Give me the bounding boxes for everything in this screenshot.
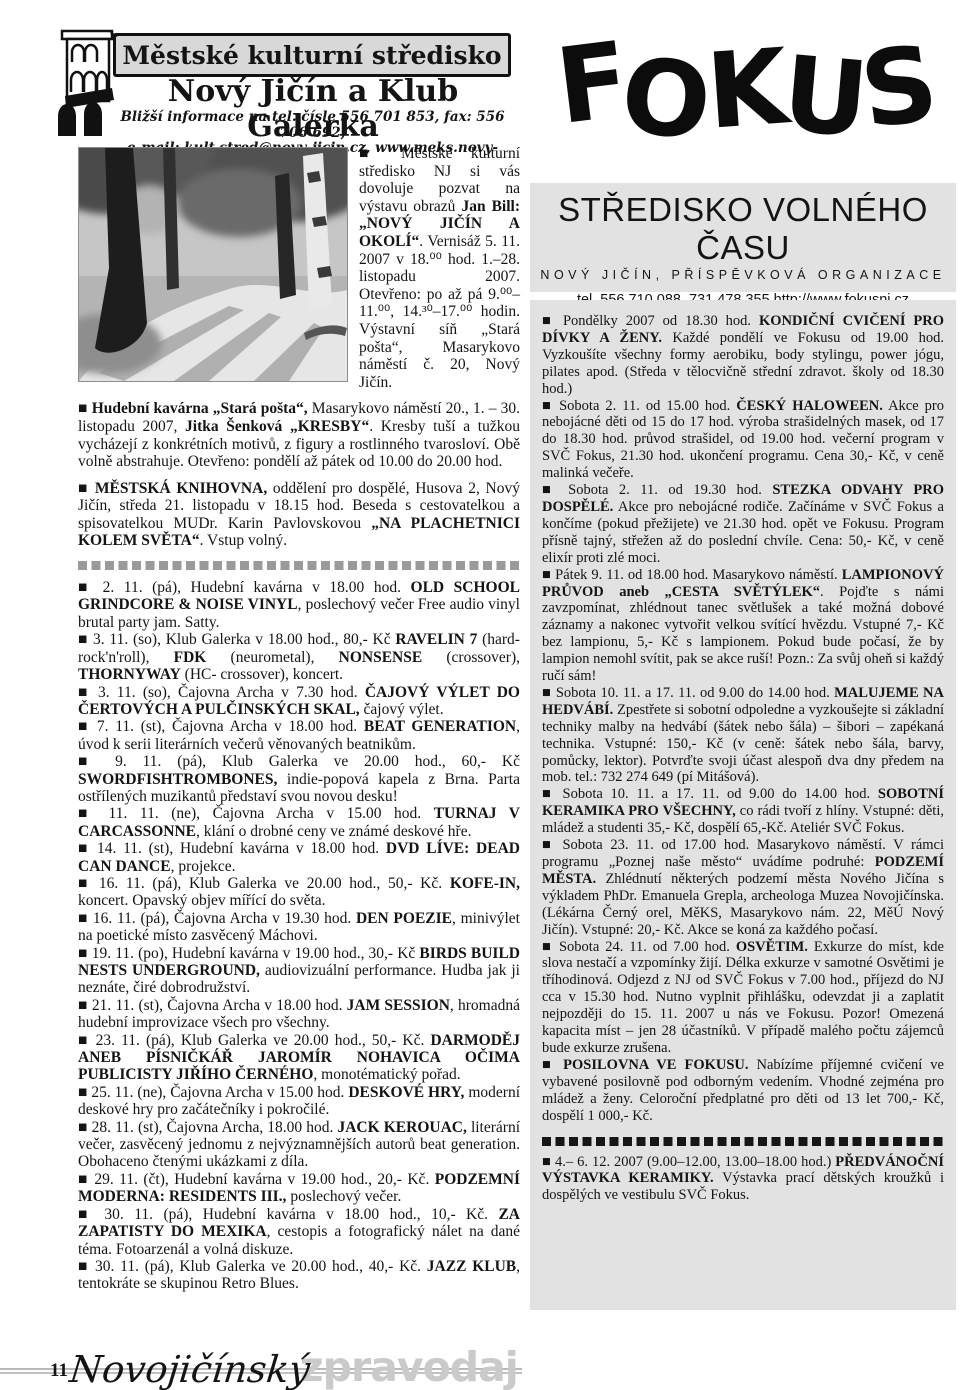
event-item: ■ 7. 11. (st), Čajovna Archa v 18.00 hod…	[78, 718, 520, 753]
event-item: ■ 30. 11. (pá), Hudební kavárna v 18.00 …	[78, 1206, 520, 1258]
event-item: ■ 14. 11. (st), Hudební kavárna v 18.00 …	[78, 840, 520, 875]
event-item: ■ 21. 11. (st), Čajovna Archa v 18.00 ho…	[78, 997, 520, 1032]
svc-subtitle: NOVÝ JIČÍN, PŘÍSPĚVKOVÁ ORGANIZACE	[530, 268, 956, 282]
tower-logo-icon	[52, 26, 124, 138]
svc-title: STŘEDISKO VOLNÉHO ČASU	[530, 191, 956, 267]
masthead-title-bar: Městské kulturní středisko	[113, 33, 511, 77]
event-item: ■ 16. 11. (pá), Klub Galerka ve 20.00 ho…	[78, 875, 520, 910]
squares-divider	[542, 1137, 944, 1146]
event-item: ■ Sobota 10. 11. a 17. 11. od 9.00 do 14…	[542, 685, 944, 786]
masthead-bar-title: Městské kulturní středisko	[122, 41, 501, 70]
galerka-events-list: ■ 2. 11. (pá), Hudební kavárna v 18.00 h…	[78, 579, 520, 1293]
event-item: ■ 30. 11. (pá), Klub Galerka ve 20.00 ho…	[78, 1258, 520, 1293]
fokus-letter: K	[704, 34, 792, 143]
fokus-logo: F O K U S	[545, 4, 950, 174]
event-item: ■ 28. 11. (st), Čajovna Archa, 18.00 hod…	[78, 1119, 520, 1171]
event-item: ■ Hudební kavárna „Stará pošta“, Masaryk…	[78, 400, 520, 470]
event-item: ■ Sobota 2. 11. od 19.30 hod. STEZKA ODV…	[542, 482, 944, 567]
event-item: ■ 2. 11. (pá), Hudební kavárna v 18.00 h…	[78, 579, 520, 631]
footer: 11 Novojičínský zpravodaj	[50, 1336, 518, 1388]
event-item: ■ 3. 11. (so), Klub Galerka v 18.00 hod.…	[78, 631, 520, 683]
event-item: ■ 29. 11. (čt), Hudební kavárna v 19.00 …	[78, 1171, 520, 1206]
event-item: ■ 25. 11. (ne), Čajovna Archa v 15.00 ho…	[78, 1084, 520, 1119]
newsletter-page: Městské kulturní středisko Nový Jičín a …	[0, 0, 960, 1390]
masthead-info-line1: Bližší informace na tel. čísle 556 701 8…	[110, 110, 515, 141]
event-item: ■ POSILOVNA VE FOKUSU. Nabízíme příjemné…	[542, 1057, 944, 1125]
event-item: ■ Sobota 23. 11. od 17.00 hod. Masarykov…	[542, 837, 944, 938]
svc-program-panel: ■ Pondělky 2007 od 18.30 hod. KONDIČNÍ C…	[530, 300, 956, 1310]
event-item: ■ 11. 11. (ne), Čajovna Archa v 15.00 ho…	[78, 805, 520, 840]
event-item: ■ 16. 11. (pá), Čajovna Archa v 19.30 ho…	[78, 910, 520, 945]
event-item: ■ Pátek 9. 11. od 18.00 hod. Masarykovo …	[542, 567, 944, 685]
fokus-letter: S	[855, 30, 944, 143]
event-item: ■ 19. 11. (po), Hudební kavárna v 19.00 …	[78, 945, 520, 997]
fokus-letter: O	[617, 43, 716, 156]
squares-divider	[78, 561, 520, 570]
event-item: ■ Sobota 24. 11. od 7.00 hod. OSVĚTIM. E…	[542, 939, 944, 1057]
page-number: 11	[50, 1360, 68, 1388]
event-item: ■ 4.– 6. 12. 2007 (9.00–12.00, 13.00–18.…	[542, 1154, 944, 1205]
event-item: ■ 3. 11. (so), Čajovna Archa v 7.30 hod.…	[78, 684, 520, 719]
event-item: ■ Sobota 10. 11. a 17. 11. od 9.00 do 14…	[542, 786, 944, 837]
event-item: ■ Sobota 2. 11. od 15.00 hod. ČESKÝ HALO…	[542, 398, 944, 483]
event-item: ■ Pondělky 2007 od 18.30 hod. KONDIČNÍ C…	[542, 313, 944, 398]
event-item: ■ 23. 11. (pá), Klub Galerka ve 20.00 ho…	[78, 1032, 520, 1084]
magazine-name-script: Novojičínský	[68, 1351, 312, 1388]
event-item: ■ 9. 11. (pá), Klub Galerka ve 20.00 hod…	[78, 753, 520, 805]
magazine-name-block: zpravodaj	[300, 1347, 518, 1388]
svc-header-box: STŘEDISKO VOLNÉHO ČASU NOVÝ JIČÍN, PŘÍSP…	[530, 183, 956, 292]
exhibitions-section: ■ Městské kulturní středisko NJ si vás d…	[78, 145, 520, 550]
event-item: ■ MĚSTSKÁ KNIHOVNA, oddělení pro dospělé…	[78, 480, 520, 550]
exhibition-photo	[78, 147, 348, 382]
left-column: ■ Městské kulturní středisko NJ si vás d…	[78, 145, 520, 1293]
